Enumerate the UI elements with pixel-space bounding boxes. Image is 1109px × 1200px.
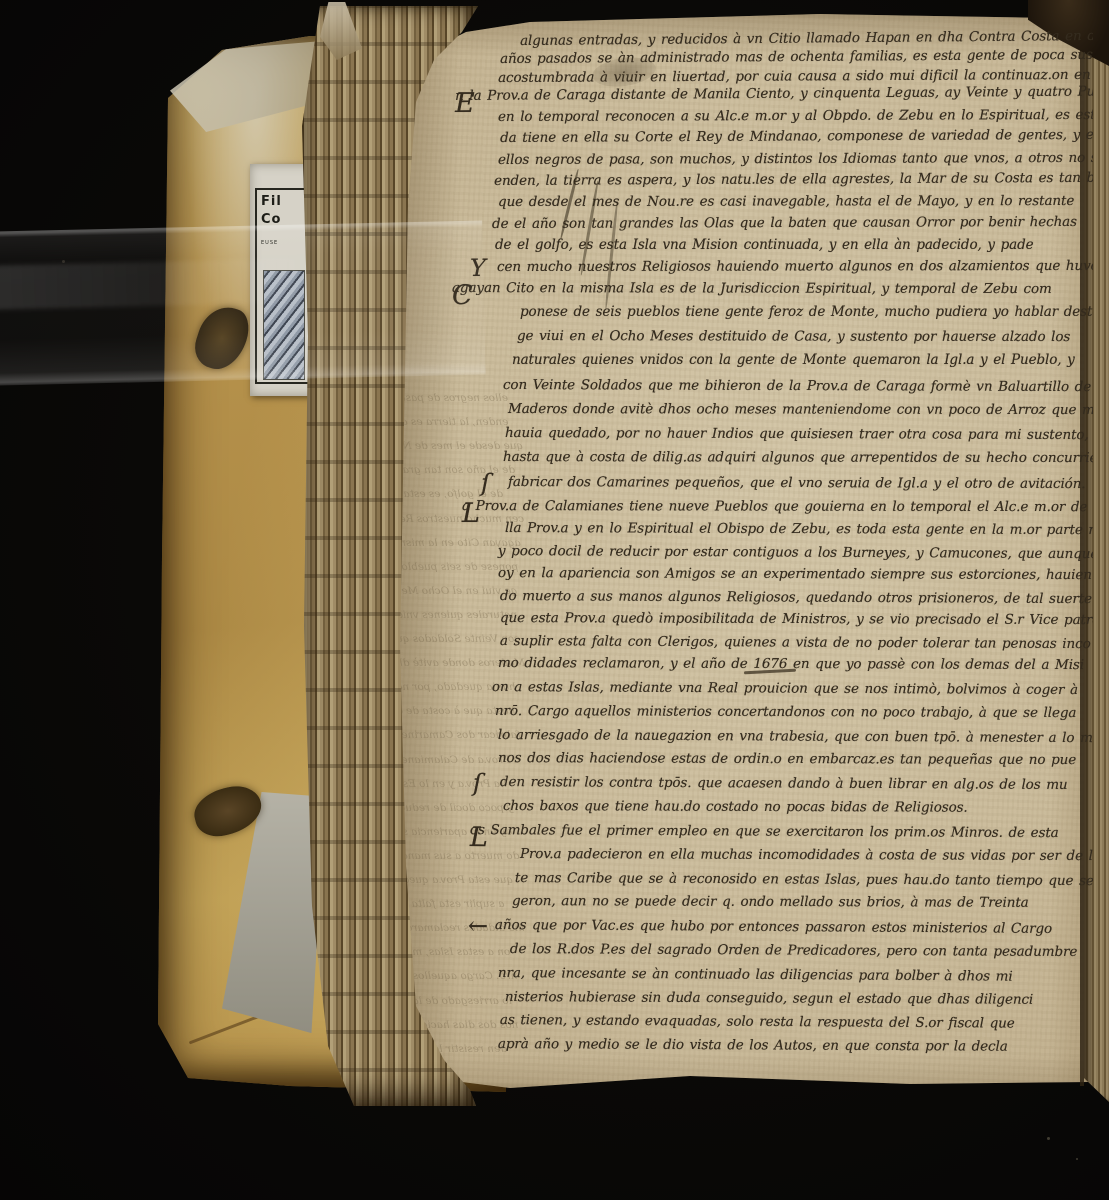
manuscript-line-text: fabricar dos Camarines pequeños, que el …: [508, 474, 1086, 492]
manuscript-line-text: aprà año y medio se le dio vista de los …: [498, 1036, 1008, 1055]
manuscript-line-text: nos dos dias haciendose estas de ordin.o…: [498, 750, 1076, 768]
manuscript-line-text: te mas Caribe que se à reconosido en est…: [515, 870, 1109, 889]
manuscript-line-text: nrō. Cargo aquellos ministerios concerta…: [495, 703, 1076, 721]
manuscript-line-text: naturales quienes vnidos con la gente de…: [512, 352, 1075, 368]
manuscript-line-text: que esta Prov.a quedò imposibilitada de …: [500, 610, 1109, 628]
margin-flourish: ←: [468, 912, 488, 940]
manuscript-line-text: geron, aun no se puede decir q. ondo mel…: [512, 893, 1029, 911]
manuscript-line-text: años pasados se àn administrado mas de o…: [500, 46, 1109, 67]
dust-speck: [62, 260, 65, 263]
manuscript-line-text: de el año son tan grandes las Olas que l…: [492, 214, 1077, 232]
manuscript-line-text: hauia quedado, por no hauer Indios que q…: [505, 425, 1089, 443]
manuscript-line-text: nra, que incesante se àn continuado las …: [498, 965, 1013, 985]
manuscript-line-text: a Prov.a de Calamianes tiene nueve Puebl…: [462, 498, 1109, 515]
manuscript-line-text: den resistir los contra tpōs. que acaese…: [500, 774, 1068, 793]
transparent-strap: [0, 220, 486, 385]
manuscript-line-text: oy en la apariencia son Amigos se an exp…: [498, 565, 1092, 583]
manuscript-line-text: cen mucho nuestros Religiosos hauiendo m…: [497, 257, 1103, 274]
manuscript-line-text: n la Prov.a de Caraga distante de Manila…: [455, 83, 1109, 104]
manuscript-line-text: os Sambales fue el primer empleo en que …: [470, 822, 1059, 841]
manuscript-line-text: a suplir esta falta con Clerigos, quiene…: [500, 633, 1091, 652]
photo-scene: Fil Co EUSE ellos negros de pasa, enden,…: [0, 0, 1109, 1200]
manuscript-line-text: años que por Vac.es que hubo por entonce…: [495, 917, 1052, 937]
manuscript-line-text: da tiene en ella su Corte el Rey de Mind…: [500, 127, 1109, 146]
dust-speck: [1076, 1158, 1078, 1160]
manuscript-line-text: as tienen, y estando evaquadas, solo res…: [500, 1012, 1015, 1032]
manuscript-line-text: Maderos donde avitè dhos ocho meses mant…: [508, 401, 1103, 418]
strap-sheen: [0, 259, 296, 310]
manuscript-line-text: do muerto a sus manos algunos Religiosos…: [500, 588, 1092, 607]
manuscript-line-text: acostumbrada à viuir en liuertad, por cu…: [498, 66, 1109, 85]
manuscript-line-text: enden, la tierra es aspera, y los natu.l…: [494, 170, 1109, 189]
manuscript-line-text: y poco docil de reducir por estar contig…: [498, 543, 1098, 562]
manuscript-line-text: lo arriesgado de la nauegazion en vna tr…: [498, 727, 1101, 746]
dust-speck: [1047, 1137, 1050, 1140]
manuscript-line-text: lla Prov.a y en lo Espiritual el Obispo …: [505, 520, 1109, 538]
manuscript-line-text: ge viui en el Ocho Meses destituido de C…: [517, 328, 1070, 345]
manuscript-line-text: hasta que à costa de dilig.as adquiri al…: [503, 449, 1109, 466]
manuscript-line-text: de el golfo, es esta Isla vna Mision con…: [495, 237, 1034, 253]
manuscript-line-text: que desde el mes de Nou.re es casi inave…: [498, 193, 1074, 210]
margin-flourish: ſ: [481, 469, 490, 497]
manuscript-line-text: ponese de seis pueblos tiene gente feroz…: [520, 304, 1109, 320]
manuscript-line-text: algunas entradas, y reducidos à vn Citio…: [520, 28, 1109, 49]
manuscript-line-text: Prov.a padecieron en ella muchas incomod…: [520, 846, 1109, 864]
manuscript-line-text: nisterios hubierase sin duda conseguido,…: [505, 989, 1033, 1008]
manuscript-line-text: ellos negros de pasa, son muchos, y dist…: [498, 150, 1109, 168]
manuscript-line-text: en lo temporal reconocen a su Alc.e m.or…: [498, 107, 1109, 125]
manuscript-line-text: chos baxos que tiene hau.do costado no p…: [503, 798, 968, 816]
manuscript-line-text: de los R.dos P.es del sagrado Orden de P…: [510, 941, 1077, 960]
manuscript-line-text: con Veinte Soldados que me bihieron de l…: [503, 377, 1091, 395]
manuscript-line-text: on a estas Islas, mediante vna Real prou…: [492, 679, 1078, 698]
manuscript-line-text: agayan Cito en la misma Isla es de la Ju…: [452, 280, 1052, 297]
handwritten-text: algunas entradas, y reducidos à vn Citio…: [0, 0, 1109, 1200]
margin-flourish: ſ: [473, 769, 482, 797]
